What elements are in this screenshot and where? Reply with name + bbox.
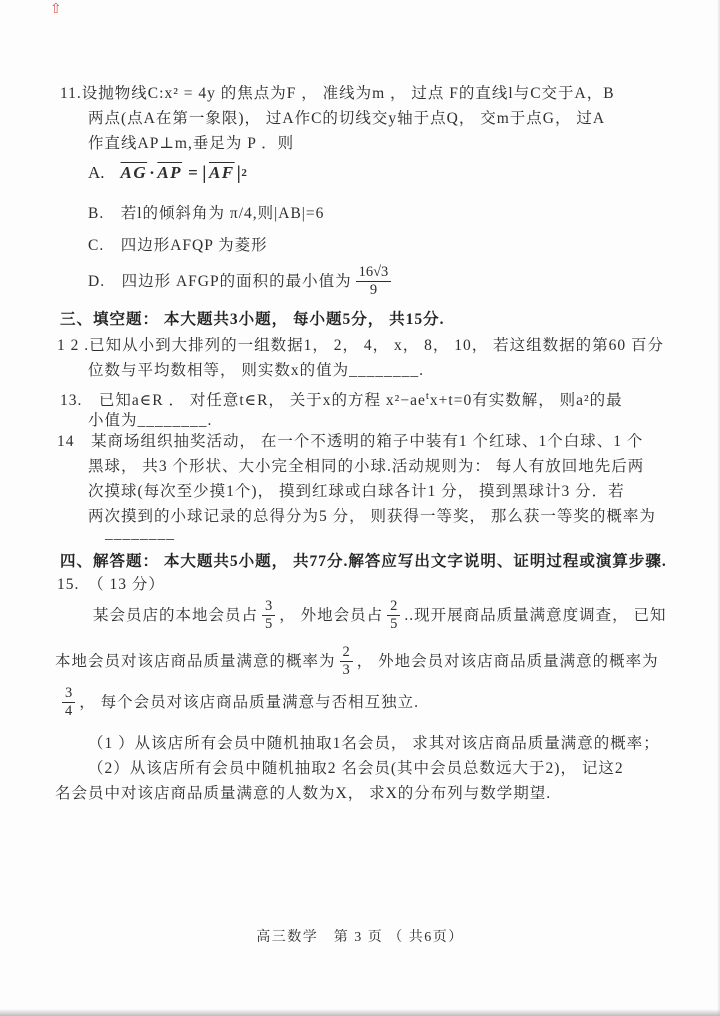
fraction-2-5: 2 5 bbox=[387, 599, 400, 632]
question-11-option-d: D. 四边形 AFGP的面积的最小值为 16√3 9 bbox=[88, 261, 395, 303]
question-11-option-c: C. 四边形AFQP 为菱形 bbox=[88, 236, 268, 256]
option-d-text: D. 四边形 AFGP的面积的最小值为 bbox=[88, 272, 352, 292]
question-11-option-a: A. AG · AP = | AF | 2 bbox=[88, 158, 247, 188]
vector-ag: AG bbox=[121, 163, 148, 183]
section-4-heading: 四、解答题： 本大题共5小题， 共77分.解答应写出文字说明、证明过程或演算步骤… bbox=[60, 552, 667, 572]
red-arrow-mark: ⇧ bbox=[50, 1, 62, 17]
abs-bar-left: | bbox=[202, 164, 207, 184]
question-11-option-b: B. 若l的倾斜角为 π/4,则|AB|=6 bbox=[88, 204, 324, 224]
question-11-line-1: 11.设抛物线C:x² = 4y 的焦点为F ， 准线为m ， 过点 F的直线l… bbox=[60, 84, 615, 104]
question-11-line-2: 两点(点A在第一象限)， 过A作C的切线交y轴于点Q， 交m于点G， 过A bbox=[88, 109, 605, 129]
fraction-16sqrt3-9: 16√3 9 bbox=[356, 265, 392, 298]
question-12-line-2: 位数与平均数相等， 则实数x的值为________. bbox=[88, 361, 424, 381]
question-15-para-3: 3 4 ， 每个会员对该店商品质量满意与否相互独立. bbox=[58, 684, 419, 722]
section-3-heading: 三、填空题： 本大题共3小题， 每小题5分， 共15分. bbox=[60, 310, 445, 330]
question-14-answer-blank: ________ bbox=[105, 524, 175, 544]
exam-page: ⇧ 11.设抛物线C:x² = 4y 的焦点为F ， 准线为m ， 过点 F的直… bbox=[0, 0, 720, 1016]
fraction-3-4: 3 4 bbox=[62, 686, 75, 719]
question-13-line-2: 小值为________. bbox=[88, 411, 212, 431]
question-15-item-2-line-2: 名会员中对该店商品质量满意的人数为X， 求X的分布列与数学期望. bbox=[55, 784, 551, 804]
question-15-item-2-line-1: （2）从该店所有会员中随机抽取2 名会员(其中会员总数远大于2)， 记这2 bbox=[88, 759, 624, 779]
exponent-2: 2 bbox=[241, 163, 247, 183]
question-12-line-1: 1 2 .已知从小到大排列的一组数据1， 2， 4， x， 8， 10， 若这组… bbox=[57, 336, 664, 356]
fraction-2-3: 2 3 bbox=[340, 645, 353, 678]
abs-bar-right: | bbox=[237, 164, 242, 184]
vector-ap: AP bbox=[157, 163, 182, 183]
equals-sign: = bbox=[188, 163, 198, 183]
question-15-item-1: （1 ）从该店所有会员中随机抽取1名会员， 求其对该店商品质量满意的概率； bbox=[88, 734, 660, 754]
question-15-para-2: 本地会员对该店商品质量满意的概率为 2 3 ， 外地会员对该店商品质量满意的概率… bbox=[55, 643, 659, 681]
page-footer: 高三数学 第 3 页 （ 共6页） bbox=[0, 926, 720, 946]
fraction-3-5: 3 5 bbox=[262, 599, 275, 632]
question-15-number: 15. （ 13 分） bbox=[57, 575, 165, 595]
question-14-line-3: 次摸球(每次至少摸1个)， 摸到红球或白球各计1 分， 摸到黑球计3 分．若 bbox=[88, 482, 625, 502]
vector-af: AF bbox=[209, 163, 235, 183]
question-11-line-3: 作直线AP⊥m,垂足为 P ．则 bbox=[88, 134, 294, 154]
question-14-line-2: 黑球， 共3 个形状、大小完全相同的小球.活动规则为： 每人有放回地先后两 bbox=[88, 457, 644, 477]
scan-edge-bottom bbox=[0, 1009, 720, 1016]
dot-operator: · bbox=[149, 163, 155, 183]
question-13-line-1: 13. 已知a∈R ． 对任意t∈R， 关于x的方程 x²−aetx+t=0有实… bbox=[60, 386, 623, 411]
question-15-intro: 某会员店的本地会员占 3 5 ， 外地会员占 2 5 ..现开展商品质量满意度调… bbox=[93, 597, 667, 635]
question-14-line-1: 14 某商场组织抽奖活动， 在一个不透明的箱子中装有1 个红球、1个白球、1 个 bbox=[57, 432, 643, 452]
option-a-label: A. bbox=[88, 163, 105, 183]
